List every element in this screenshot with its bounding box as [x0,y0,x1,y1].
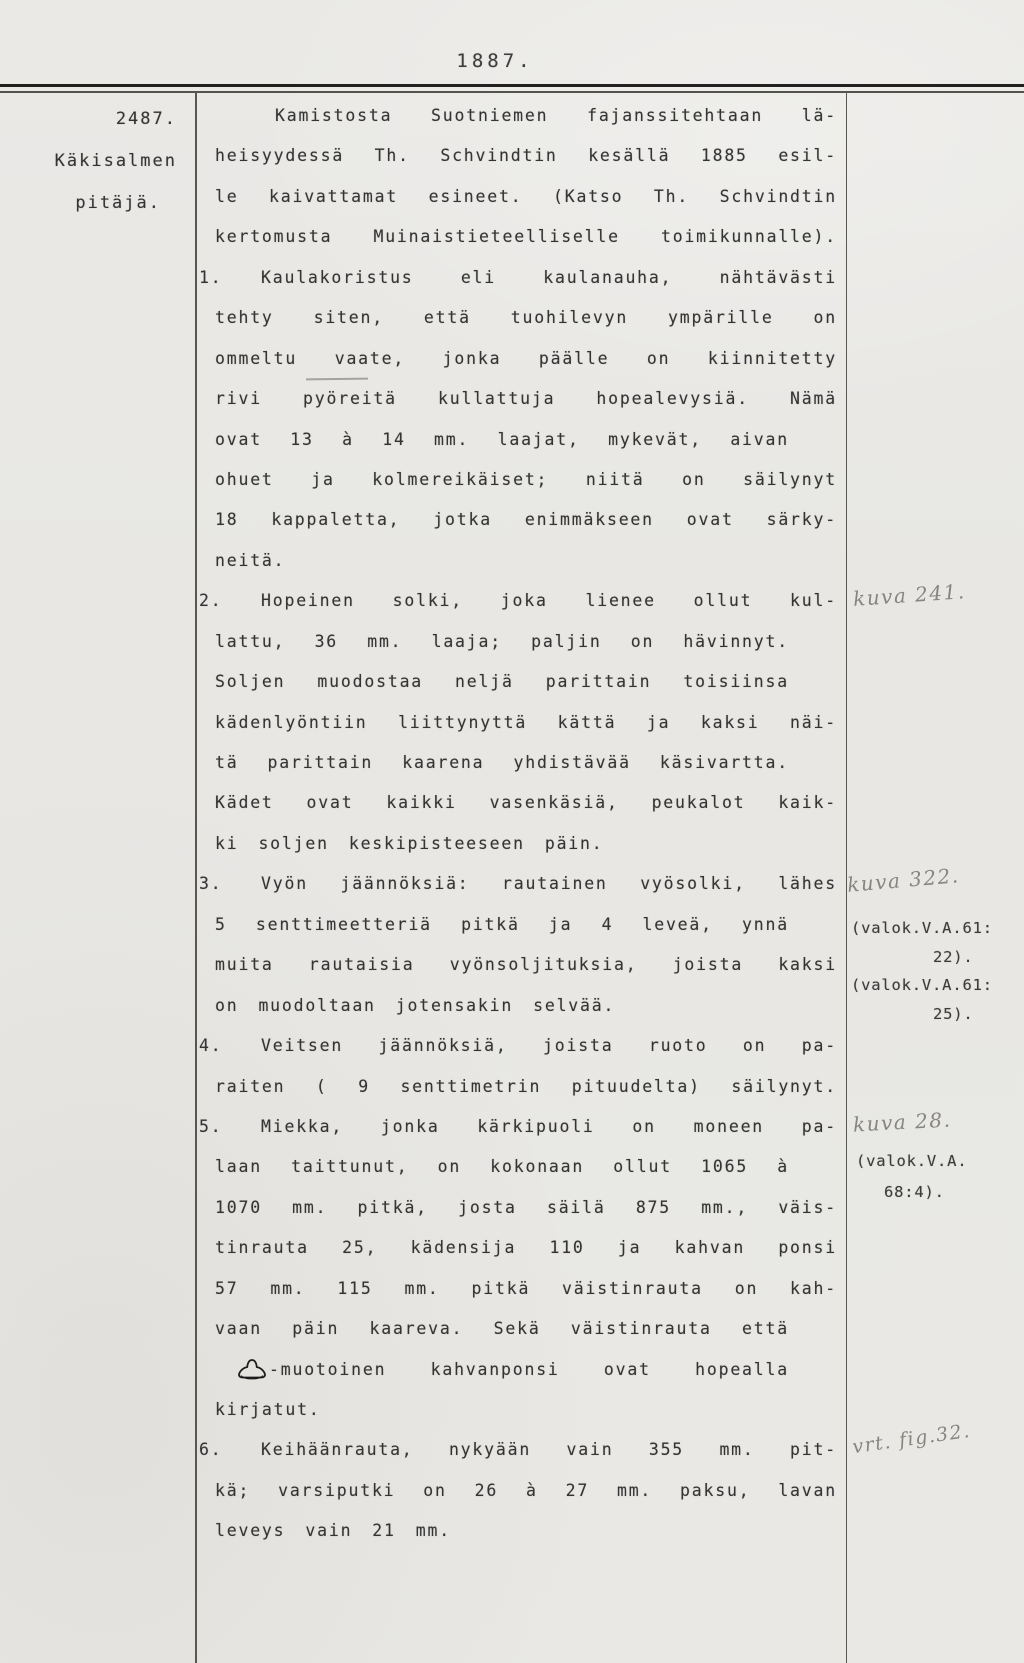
entry-6-first-line: 6.Keihäänrauta, nykyään vain 355 mm. pit… [215,1430,837,1470]
entry-line: Kädet ovat kaikki vasenkäsiä, peukalot k… [215,783,837,823]
intro-line: le kaivattamat esineet. (Katso Th. Schvi… [215,177,837,217]
handwritten-note-kuva-241: kuva 241. [852,579,966,611]
entry-line: -muotoinen kahvanponsi ovat hopealla [269,1360,789,1379]
entry-line: tä parittain kaarena yhdistävää käsivart… [215,743,837,783]
entry-line: Vyön jäännöksiä: rautainen vyösolki, läh… [261,874,837,893]
entry-number: 4. [199,1026,261,1066]
intro-line: kertomusta Muinaistieteelliselle toimiku… [215,217,837,257]
handwritten-note-vrt-fig-32: vrt. fig.32. [851,1420,972,1458]
photo-reference-line: 68:4). [856,1177,967,1208]
parish-word: pitäjä. [0,182,177,224]
entry-line: kä; varsiputki on 26 à 27 mm. paksu, lav… [215,1471,837,1511]
entry-line: kirjatut. [215,1390,837,1430]
entry-line: Keihäänrauta, nykyään vain 355 mm. pit- [261,1440,837,1459]
entry-line: muita rautaisia vyönsoljituksia, joista … [215,945,837,985]
photo-reference-line: 25). [851,1000,993,1029]
entry-line: Hopeinen solki, joka lienee ollut kul- [261,591,837,610]
entry-line: neitä. [215,541,837,581]
handwritten-note-kuva-28: kuva 28. [852,1107,952,1136]
main-text-column: Kamistosta Suotniemen fajanssitehtaan lä… [195,92,846,1552]
photo-reference-line: (valok.V.A.61: [851,971,993,1000]
entry-line-with-symbol: -muotoinen kahvanponsi ovat hopealla [215,1350,837,1390]
photo-reference-note: (valok.V.A.61: 25). [851,971,993,1029]
entry-line: ovat 13 à 14 mm. laajat, mykevät, aivan [215,420,837,460]
entry-line: 5 senttimeetteriä pitkä ja 4 leveä, ynnä [215,905,837,945]
entry-line: Miekka, jonka kärkipuoli on moneen pa- [261,1117,837,1136]
photo-reference-line: 22). [851,943,993,972]
entry-number: 6. [199,1430,261,1470]
parish-name: Käkisalmen [0,140,177,182]
entry-line: vaan päin kaareva. Sekä väistinrauta ett… [215,1309,837,1349]
scanned-ledger-page: 1887. 2487. Käkisalmen pitäjä. Kamistost… [0,0,1024,1663]
entry-line: lattu, 36 mm. laaja; paljin on hävinnyt. [215,622,837,662]
entry-line: 18 kappaletta, jotka enimmäkseen ovat sä… [215,500,837,540]
catalog-number: 2487. [0,98,177,140]
entry-line: ohuet ja kolmereikäiset; niitä on säilyn… [215,460,837,500]
intro-line: Kamistosta Suotniemen fajanssitehtaan lä… [215,96,837,136]
entry-line: laan taittunut, on kokonaan ollut 1065 à [215,1147,837,1187]
photo-reference-note: (valok.V.A. 68:4). [856,1146,967,1208]
entry-line: Soljen muodostaa neljä parittain toisiin… [215,662,837,702]
entry-line: ki soljen keskipisteeseen päin. [215,824,837,864]
entry-line: raiten ( 9 senttimetrin pituudelta) säil… [215,1067,837,1107]
entry-line: tehty siten, että tuohilevyn ympärille o… [215,298,837,338]
entry-5-first-line: 5.Miekka, jonka kärkipuoli on moneen pa- [215,1107,837,1147]
entry-number: 3. [199,864,261,904]
entry-number: 5. [199,1107,261,1147]
entry-1-first-line: 1.Kaulakoristus eli kaulanauha, nähtäväs… [215,258,837,298]
year-heading: 1887. [0,50,990,72]
entry-line: rivi pyöreitä kullattuja hopealevysiä. N… [215,379,837,419]
ledger-left-column: 2487. Käkisalmen pitäjä. [0,98,177,224]
column-divider-right [846,92,847,1663]
entry-line: kädenlyöntiin liittynyttä kättä ja kaksi… [215,703,837,743]
entry-2-first-line: 2.Hopeinen solki, joka lienee ollut kul- [215,581,837,621]
entry-line: 1070 mm. pitkä, josta säilä 875 mm., väi… [215,1188,837,1228]
entry-line: leveys vain 21 mm. [215,1511,837,1551]
entry-3-first-line: 3.Vyön jäännöksiä: rautainen vyösolki, l… [215,864,837,904]
photo-reference-line: (valok.V.A.61: [851,914,993,943]
pommel-shape-icon [235,1356,269,1382]
intro-line: heisyydessä Th. Schvindtin kesällä 1885 … [215,136,837,176]
photo-reference-line: (valok.V.A. [856,1146,967,1177]
entry-line: Veitsen jäännöksiä, joista ruoto on pa- [261,1036,837,1055]
entry-number: 1. [199,258,261,298]
entry-line: 57 mm. 115 mm. pitkä väistinrauta on kah… [215,1269,837,1309]
entry-line: ommeltu vaate, jonka päälle on kiinnitet… [215,339,837,379]
entry-line: Kaulakoristus eli kaulanauha, nähtävästi [261,268,837,287]
entry-line: tinrauta 25, kädensija 110 ja kahvan pon… [215,1228,837,1268]
handwritten-note-kuva-322: kuva 322. [846,863,960,897]
photo-reference-note: (valok.V.A.61: 22). [851,914,993,972]
entry-number: 2. [199,581,261,621]
entry-line: on muodoltaan jotensakin selvää. [215,986,837,1026]
entry-4-first-line: 4.Veitsen jäännöksiä, joista ruoto on pa… [215,1026,837,1066]
